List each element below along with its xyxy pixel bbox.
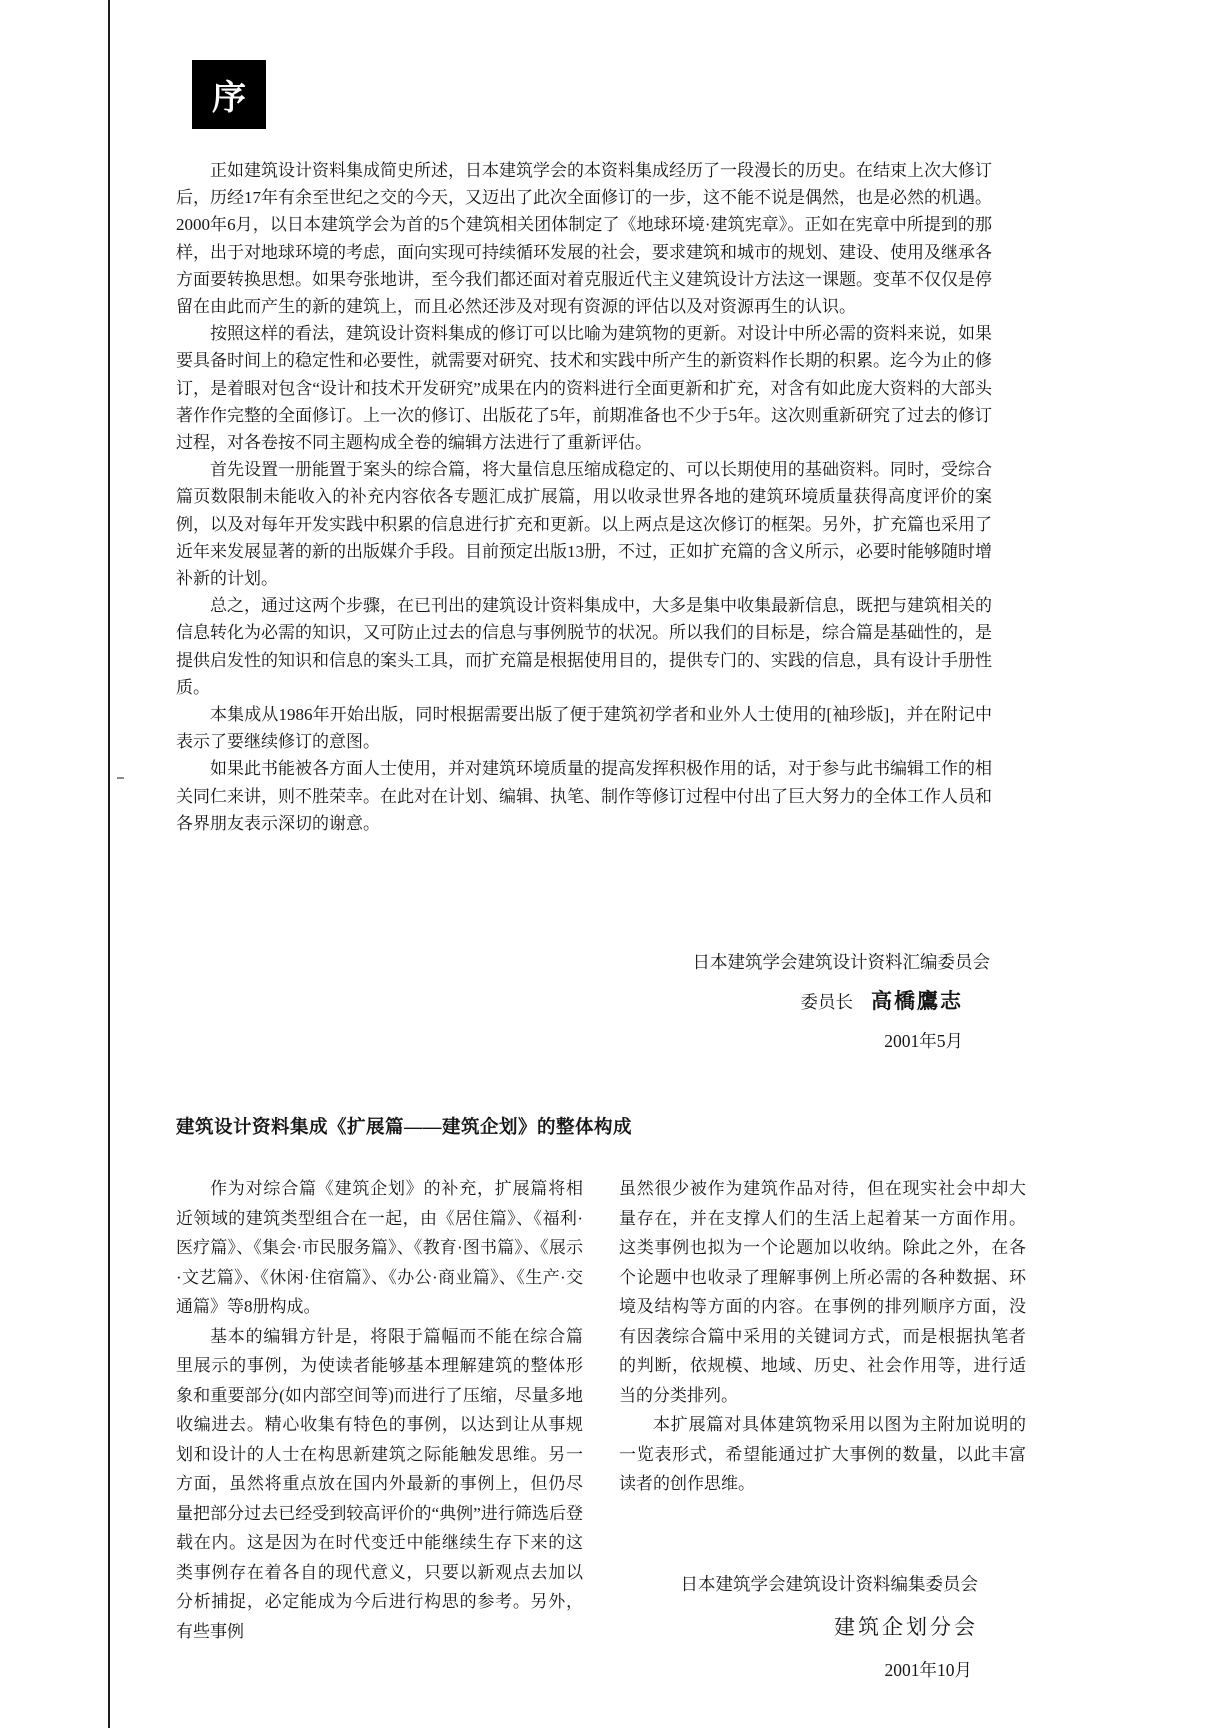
right-column-paragraph: 虽然很少被作为建筑作品对待，但在现实社会中却大量存在，并在支撑人们的生活上起着某…: [619, 1174, 1026, 1410]
chair-title: 委员长: [801, 992, 854, 1012]
preface-paragraph: 总之，通过这两个步骤，在已刊出的建筑设计资料集成中，大多是集中收集最新信息，既把…: [176, 592, 992, 701]
document-page: 序 正如建筑设计资料集成简史所述，日本建筑学会的本资料集成经历了一段漫长的历史。…: [0, 0, 1217, 1728]
preface-title: 序: [212, 70, 246, 119]
preface-paragraph: 本集成从1986年开始出版，同时根据需要出版了便于建筑初学者和业外人士使用的[袖…: [176, 701, 992, 755]
signature-date: 2001年5月: [390, 1022, 990, 1061]
preface-section-badge: 序: [192, 60, 266, 129]
left-column: 作为对综合篇《建筑企划》的补充，扩展篇将相近领域的建筑类型组合在一起，由《居住篇…: [176, 1174, 583, 1692]
preface-body: 正如建筑设计资料集成简史所述，日本建筑学会的本资料集成经历了一段漫长的历史。在结…: [176, 157, 992, 837]
preface-signature-block: 日本建筑学会建筑设计资料汇编委员会 委员长高橋鷹志 2001年5月: [390, 943, 990, 1061]
preface-paragraph: 如果此书能被各方面人士使用，并对建筑环境质量的提高发挥积极作用的话，对于参与此书…: [176, 755, 992, 837]
right-column: 虽然很少被作为建筑作品对待，但在现实社会中却大量存在，并在支撑人们的生活上起着某…: [619, 1174, 1026, 1692]
preface-paragraph: 首先设置一册能置于案头的综合篇，将大量信息压缩成稳定的、可以长期使用的基础资料。…: [176, 456, 992, 592]
section-heading: 建筑设计资料集成《扩展篇——建筑企划》的整体构成: [176, 1113, 632, 1139]
right-column-paragraph: 本扩展篇对具体建筑物采用以图为主附加说明的一览表形式，希望能通过扩大事例的数量，…: [619, 1410, 1026, 1499]
signature2-branch: 建筑企划分会: [619, 1606, 978, 1649]
page-gutter-rule: [108, 0, 110, 1728]
signature2-organization: 日本建筑学会建筑设计资料编集委员会: [619, 1563, 978, 1606]
left-column-paragraph: 作为对综合篇《建筑企划》的补充，扩展篇将相近领域的建筑类型组合在一起，由《居住篇…: [176, 1174, 583, 1322]
preface-paragraph: 按照这样的看法，建筑设计资料集成的修订可以比喻为建筑物的更新。对设计中所必需的资…: [176, 320, 992, 456]
signature-organization: 日本建筑学会建筑设计资料汇编委员会: [390, 943, 990, 982]
signature-chair-line: 委员长高橋鷹志: [390, 982, 990, 1022]
section-two-columns: 作为对综合篇《建筑企划》的补充，扩展篇将相近领域的建筑类型组合在一起，由《居住篇…: [176, 1174, 1026, 1692]
signature2-date: 2001年10月: [619, 1649, 978, 1692]
left-column-paragraph: 基本的编辑方针是，将限于篇幅而不能在综合篇里展示的事例，为使读者能够基本理解建筑…: [176, 1322, 583, 1647]
scan-artifact-speck: [117, 777, 124, 779]
section-signature-block: 日本建筑学会建筑设计资料编集委员会 建筑企划分会 2001年10月: [619, 1563, 1026, 1692]
preface-paragraph: 正如建筑设计资料集成简史所述，日本建筑学会的本资料集成经历了一段漫长的历史。在结…: [176, 157, 992, 320]
chair-name: 高橋鷹志: [871, 989, 963, 1013]
